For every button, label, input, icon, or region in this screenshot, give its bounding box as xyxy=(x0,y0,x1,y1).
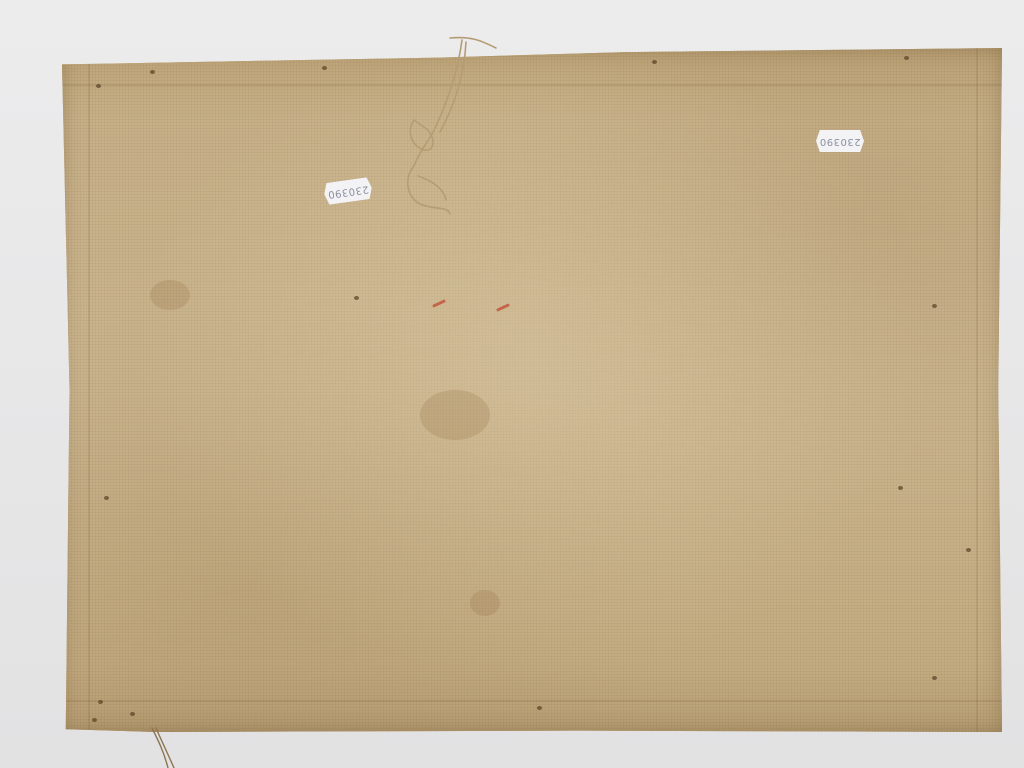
tack-hole xyxy=(104,496,109,500)
tack-hole xyxy=(98,700,103,704)
tack-hole xyxy=(898,486,903,490)
stain xyxy=(150,280,190,310)
tack-hole xyxy=(537,706,542,710)
stain xyxy=(470,590,500,616)
fold-line-left xyxy=(88,48,90,732)
photo-scene: 230390 230390 xyxy=(0,0,1024,768)
tack-hole xyxy=(92,718,97,722)
tack-hole xyxy=(322,66,327,70)
fold-line-top xyxy=(62,84,1002,86)
tack-hole xyxy=(932,304,937,308)
tack-hole xyxy=(652,60,657,64)
tack-hole xyxy=(354,296,359,300)
inventory-label-right: 230390 xyxy=(816,130,864,152)
stain xyxy=(420,390,490,440)
tack-hole xyxy=(966,548,971,552)
tack-hole xyxy=(150,70,155,74)
fold-line-bottom xyxy=(62,700,1002,702)
tack-hole xyxy=(130,712,135,716)
tack-hole xyxy=(904,56,909,60)
canvas-back xyxy=(62,48,1002,732)
tack-hole xyxy=(96,84,101,88)
fold-line-right xyxy=(976,48,978,732)
tack-hole xyxy=(932,676,937,680)
